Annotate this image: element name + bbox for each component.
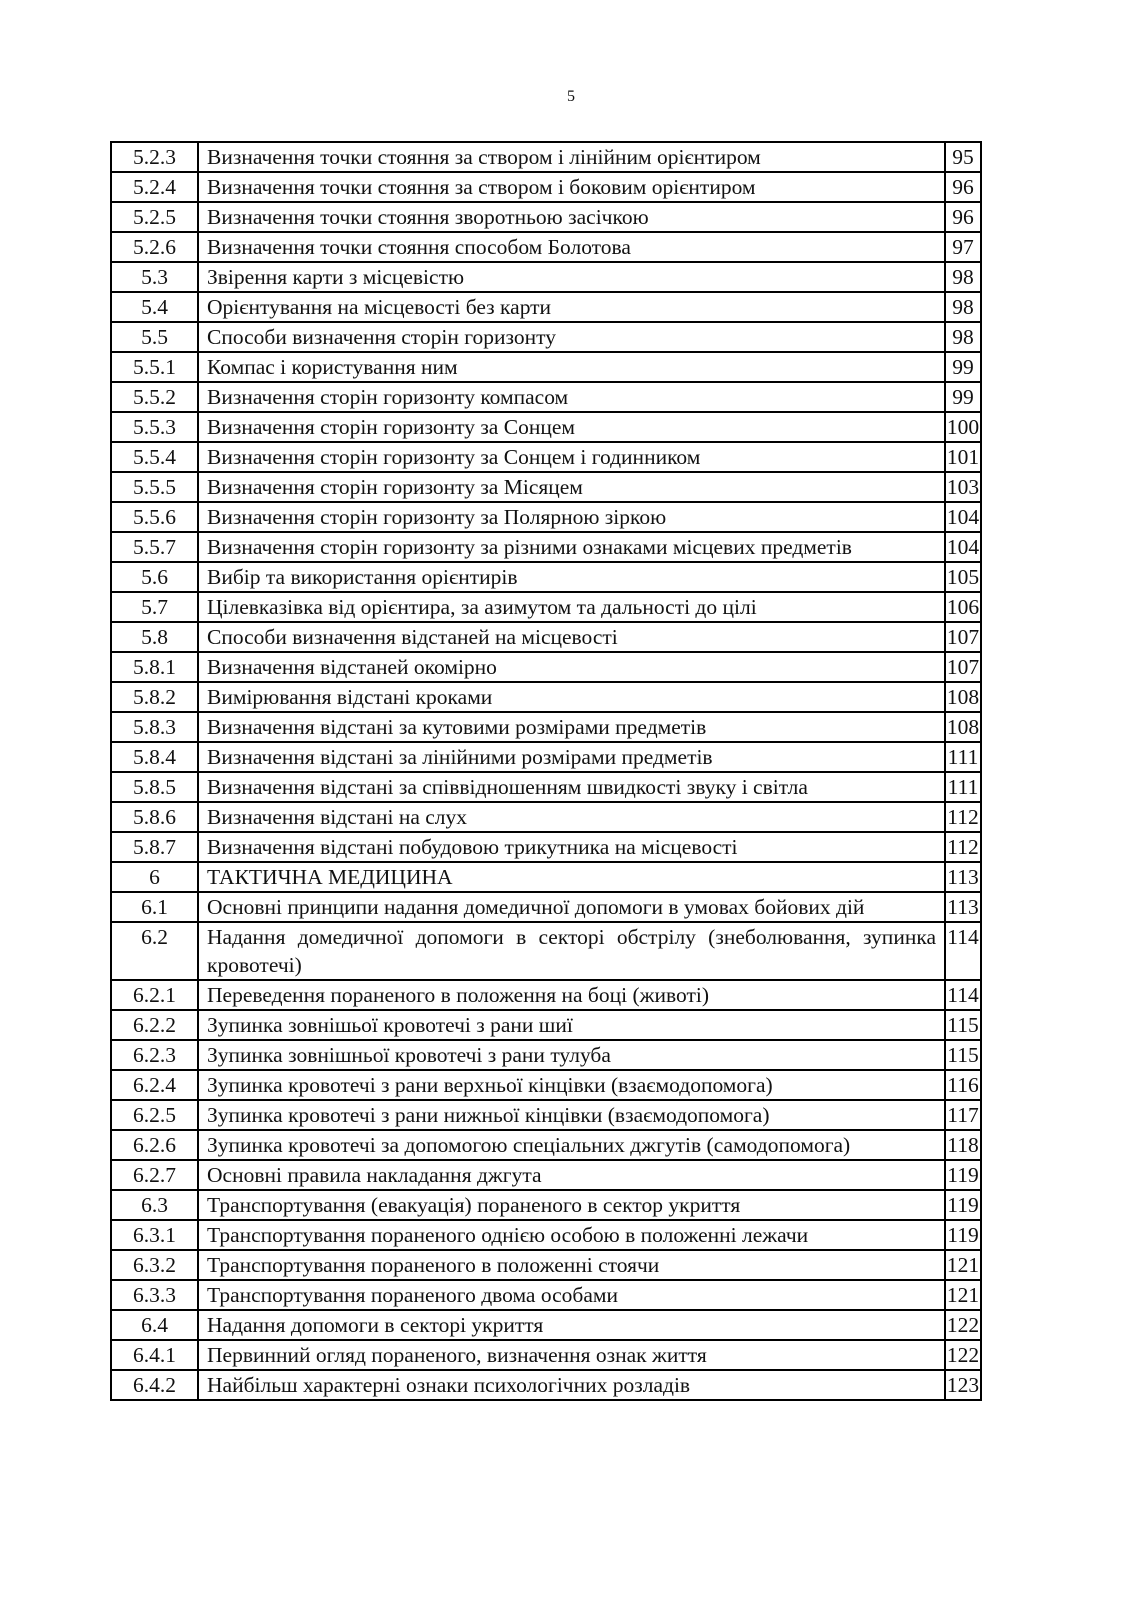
toc-row: 5.5 Способи визначення сторін горизонту … [111, 322, 981, 352]
toc-row: 6.2.6 Зупинка кровотечі за допомогою спе… [111, 1130, 981, 1160]
page-ref: 114 [945, 922, 981, 980]
section-number: 5.8.4 [111, 742, 198, 772]
toc-row: 5.5.5 Визначення сторін горизонту за Міс… [111, 472, 981, 502]
page-number: 5 [0, 88, 1142, 106]
toc-row: 5.3 Звірення карти з місцевістю 98 [111, 262, 981, 292]
section-title: Зупинка кровотечі з рани верхньої кінців… [198, 1070, 945, 1100]
toc-row: 5.8.7 Визначення відстані побудовою трик… [111, 832, 981, 862]
section-title: Визначення точки стояння за створом і бо… [198, 172, 945, 202]
section-number: 6.2.4 [111, 1070, 198, 1100]
page-ref: 108 [945, 712, 981, 742]
section-title: Визначення відстаней окомірно [198, 652, 945, 682]
section-number: 6.3.3 [111, 1280, 198, 1310]
toc-row: 5.5.1 Компас і користування ним 99 [111, 352, 981, 382]
page-ref: 103 [945, 472, 981, 502]
section-title: Звірення карти з місцевістю [198, 262, 945, 292]
toc-row: 6.4 Надання допомоги в секторі укриття 1… [111, 1310, 981, 1340]
section-title: Способи визначення відстаней на місцевос… [198, 622, 945, 652]
toc-row: 5.5.2 Визначення сторін горизонту компас… [111, 382, 981, 412]
section-number: 5.8.1 [111, 652, 198, 682]
toc-row: 5.8.1 Визначення відстаней окомірно 107 [111, 652, 981, 682]
toc-body: 5.2.3 Визначення точки стояння за створо… [111, 142, 981, 1400]
section-number: 5.8.7 [111, 832, 198, 862]
section-title: Визначення сторін горизонту за Сонцем [198, 412, 945, 442]
section-number: 5.5.4 [111, 442, 198, 472]
section-number: 5.2.4 [111, 172, 198, 202]
section-title: Надання допомоги в секторі укриття [198, 1310, 945, 1340]
toc-row: 5.8.3 Визначення відстані за кутовими ро… [111, 712, 981, 742]
page-ref: 99 [945, 352, 981, 382]
page-ref: 117 [945, 1100, 981, 1130]
section-title: Визначення відстані побудовою трикутника… [198, 832, 945, 862]
section-title: Зупинка кровотечі за допомогою спеціальн… [198, 1130, 945, 1160]
section-title: Цілевказівка від орієнтира, за азимутом … [198, 592, 945, 622]
page-ref: 121 [945, 1280, 981, 1310]
section-number: 5.8.6 [111, 802, 198, 832]
section-title: Основні принципи надання домедичної допо… [198, 892, 945, 922]
toc-row: 6.3.3 Транспортування пораненого двома о… [111, 1280, 981, 1310]
section-title: Визначення відстані на слух [198, 802, 945, 832]
toc-row: 5.8.2 Вимірювання відстані кроками 108 [111, 682, 981, 712]
section-title: Визначення відстані за лінійними розміра… [198, 742, 945, 772]
section-title: Визначення відстані за співвідношенням ш… [198, 772, 945, 802]
section-title: Транспортування пораненого двома особами [198, 1280, 945, 1310]
section-title: Транспортування пораненого в положенні с… [198, 1250, 945, 1280]
section-title: Зупинка зовнішньої кровотечі з рани тулу… [198, 1040, 945, 1070]
toc-row: 5.8 Способи визначення відстаней на місц… [111, 622, 981, 652]
page-ref: 115 [945, 1010, 981, 1040]
page-ref: 98 [945, 292, 981, 322]
section-title: Компас і користування ним [198, 352, 945, 382]
toc-row: 6.2 Надання домедичної допомоги в сектор… [111, 922, 981, 980]
page-ref: 113 [945, 862, 981, 892]
page-ref: 118 [945, 1130, 981, 1160]
page-ref: 97 [945, 232, 981, 262]
page-ref: 100 [945, 412, 981, 442]
toc-row: 5.8.4 Визначення відстані за лінійними р… [111, 742, 981, 772]
toc-row: 5.7 Цілевказівка від орієнтира, за азиму… [111, 592, 981, 622]
table-of-contents: 5.2.3 Визначення точки стояння за створо… [110, 141, 982, 1401]
section-number: 6.4.1 [111, 1340, 198, 1370]
toc-row: 6.4.1 Первинний огляд пораненого, визнач… [111, 1340, 981, 1370]
section-number: 5.2.6 [111, 232, 198, 262]
section-number: 5.5.3 [111, 412, 198, 442]
toc-row: 6.2.3 Зупинка зовнішньої кровотечі з ран… [111, 1040, 981, 1070]
toc-row: 5.8.5 Визначення відстані за співвідноше… [111, 772, 981, 802]
section-number: 5.4 [111, 292, 198, 322]
toc-row: 5.5.6 Визначення сторін горизонту за Пол… [111, 502, 981, 532]
toc-row: 5.5.3 Визначення сторін горизонту за Сон… [111, 412, 981, 442]
page-ref: 98 [945, 262, 981, 292]
section-number: 6.3.1 [111, 1220, 198, 1250]
section-number: 5.2.3 [111, 142, 198, 172]
page-ref: 121 [945, 1250, 981, 1280]
section-number: 5.6 [111, 562, 198, 592]
section-title: Способи визначення сторін горизонту [198, 322, 945, 352]
toc-row: 6.4.2 Найбільш характерні ознаки психоло… [111, 1370, 981, 1400]
page-ref: 115 [945, 1040, 981, 1070]
page-ref: 119 [945, 1220, 981, 1250]
page-ref: 113 [945, 892, 981, 922]
section-title: Визначення сторін горизонту за Місяцем [198, 472, 945, 502]
section-number: 6.2.7 [111, 1160, 198, 1190]
section-number: 6.2 [111, 922, 198, 980]
toc-row: 6.3.2 Транспортування пораненого в полож… [111, 1250, 981, 1280]
toc-row: 5.2.4 Визначення точки стояння за створо… [111, 172, 981, 202]
section-number: 5.3 [111, 262, 198, 292]
section-number: 5.8.2 [111, 682, 198, 712]
toc-row: 6.1 Основні принципи надання домедичної … [111, 892, 981, 922]
section-title: Визначення точки стояння способом Болото… [198, 232, 945, 262]
section-title: Визначення сторін горизонту за різними о… [198, 532, 945, 562]
page-ref: 107 [945, 652, 981, 682]
toc-row: 5.2.5 Визначення точки стояння зворотньо… [111, 202, 981, 232]
page-ref: 96 [945, 172, 981, 202]
page-ref: 108 [945, 682, 981, 712]
section-number: 6.2.6 [111, 1130, 198, 1160]
section-number: 5.5.7 [111, 532, 198, 562]
section-title: Зупинка зовнішьої кровотечі з рани шиї [198, 1010, 945, 1040]
toc-row: 6.2.5 Зупинка кровотечі з рани нижньої к… [111, 1100, 981, 1130]
section-title: ТАКТИЧНА МЕДИЦИНА [198, 862, 945, 892]
page-ref: 123 [945, 1370, 981, 1400]
section-number: 6.4 [111, 1310, 198, 1340]
page-ref: 99 [945, 382, 981, 412]
section-title: Первинний огляд пораненого, визначення о… [198, 1340, 945, 1370]
section-title: Транспортування (евакуація) пораненого в… [198, 1190, 945, 1220]
page-ref: 105 [945, 562, 981, 592]
page-ref: 122 [945, 1310, 981, 1340]
toc-row: 6.3.1 Транспортування пораненого однією … [111, 1220, 981, 1250]
section-title: Визначення відстані за кутовими розмірам… [198, 712, 945, 742]
page-ref: 106 [945, 592, 981, 622]
section-title: Визначення сторін горизонту за Полярною … [198, 502, 945, 532]
toc-row: 6.3 Транспортування (евакуація) поранено… [111, 1190, 981, 1220]
section-number: 6.3 [111, 1190, 198, 1220]
section-number: 6.3.2 [111, 1250, 198, 1280]
page-ref: 98 [945, 322, 981, 352]
toc-row: 5.5.7 Визначення сторін горизонту за різ… [111, 532, 981, 562]
page-ref: 122 [945, 1340, 981, 1370]
section-title: Визначення точки стояння за створом і лі… [198, 142, 945, 172]
toc-row: 5.8.6 Визначення відстані на слух 112 [111, 802, 981, 832]
section-number: 5.8.3 [111, 712, 198, 742]
section-number: 6.2.5 [111, 1100, 198, 1130]
page-ref: 96 [945, 202, 981, 232]
section-title: Зупинка кровотечі з рани нижньої кінцівк… [198, 1100, 945, 1130]
section-title: Переведення пораненого в положення на бо… [198, 980, 945, 1010]
section-number: 6.1 [111, 892, 198, 922]
section-number: 5.5.2 [111, 382, 198, 412]
page-ref: 104 [945, 532, 981, 562]
section-number: 6.2.2 [111, 1010, 198, 1040]
section-title: Вимірювання відстані кроками [198, 682, 945, 712]
page-ref: 119 [945, 1160, 981, 1190]
page-ref: 112 [945, 802, 981, 832]
toc-row: 6.2.2 Зупинка зовнішьої кровотечі з рани… [111, 1010, 981, 1040]
section-title: Визначення сторін горизонту за Сонцем і … [198, 442, 945, 472]
section-number: 6.2.3 [111, 1040, 198, 1070]
page-ref: 119 [945, 1190, 981, 1220]
page-ref: 95 [945, 142, 981, 172]
toc-row: 5.2.6 Визначення точки стояння способом … [111, 232, 981, 262]
page-ref: 104 [945, 502, 981, 532]
page-ref: 111 [945, 772, 981, 802]
page-ref: 111 [945, 742, 981, 772]
toc-row: 5.6 Вибір та використання орієнтирів 105 [111, 562, 981, 592]
section-number: 6 [111, 862, 198, 892]
section-number: 5.5 [111, 322, 198, 352]
page-ref: 112 [945, 832, 981, 862]
section-number: 5.5.5 [111, 472, 198, 502]
section-title: Транспортування пораненого однією особою… [198, 1220, 945, 1250]
toc-row: 6.2.4 Зупинка кровотечі з рани верхньої … [111, 1070, 981, 1100]
section-title: Визначення точки стояння зворотньою засі… [198, 202, 945, 232]
section-title: Вибір та використання орієнтирів [198, 562, 945, 592]
section-title: Надання домедичної допомоги в секторі об… [198, 922, 945, 980]
toc-row: 5.2.3 Визначення точки стояння за створо… [111, 142, 981, 172]
toc-row: 6.2.7 Основні правила накладання джгута … [111, 1160, 981, 1190]
section-number: 5.5.6 [111, 502, 198, 532]
section-number: 6.2.1 [111, 980, 198, 1010]
section-number: 5.7 [111, 592, 198, 622]
toc-row: 5.5.4 Визначення сторін горизонту за Сон… [111, 442, 981, 472]
section-title: Найбільш характерні ознаки психологічних… [198, 1370, 945, 1400]
page-ref: 116 [945, 1070, 981, 1100]
section-number: 6.4.2 [111, 1370, 198, 1400]
page-ref: 114 [945, 980, 981, 1010]
section-title: Орієнтування на місцевості без карти [198, 292, 945, 322]
section-title: Основні правила накладання джгута [198, 1160, 945, 1190]
page-ref: 107 [945, 622, 981, 652]
section-number: 5.8 [111, 622, 198, 652]
section-number: 5.2.5 [111, 202, 198, 232]
section-number: 5.8.5 [111, 772, 198, 802]
toc-row: 6 ТАКТИЧНА МЕДИЦИНА 113 [111, 862, 981, 892]
toc-row: 6.2.1 Переведення пораненого в положення… [111, 980, 981, 1010]
page-ref: 101 [945, 442, 981, 472]
section-title: Визначення сторін горизонту компасом [198, 382, 945, 412]
toc-row: 5.4 Орієнтування на місцевості без карти… [111, 292, 981, 322]
section-number: 5.5.1 [111, 352, 198, 382]
